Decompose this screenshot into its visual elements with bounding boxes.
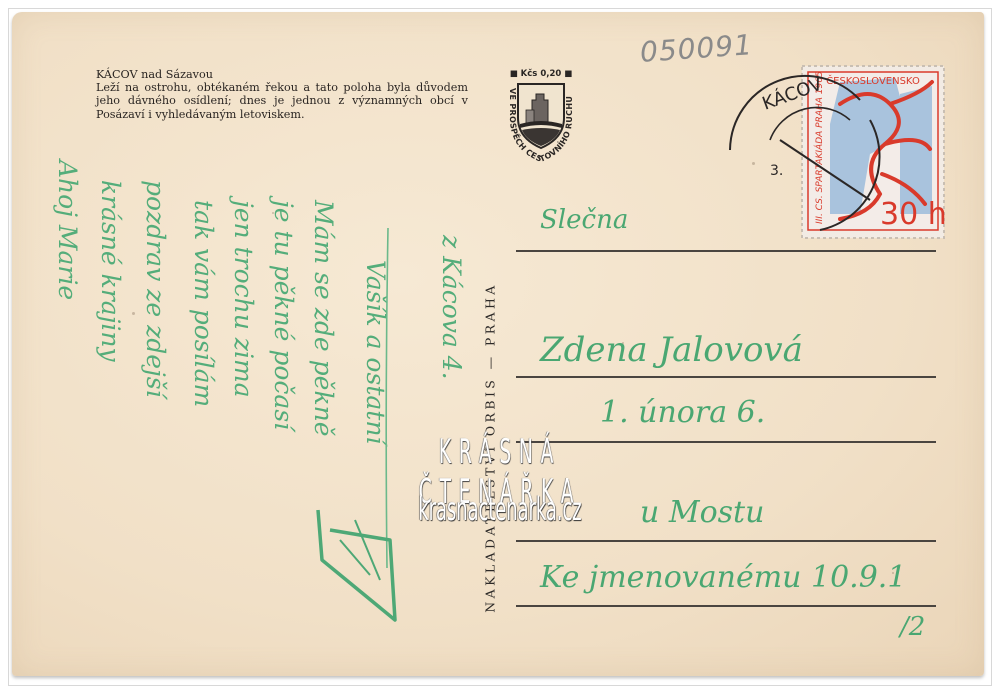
message-line: je tu pěkné počasí bbox=[269, 200, 298, 430]
address-city: u Mostu bbox=[640, 495, 764, 530]
message-line: pozdrav ze zdejší bbox=[141, 180, 170, 398]
message-line: tak vám posílám bbox=[189, 200, 218, 407]
message-line: Ahoj Marie bbox=[53, 160, 82, 300]
address-line bbox=[516, 250, 936, 252]
watermark-url: krasnactenarka.cz bbox=[395, 490, 606, 528]
message-line: Mám se zde pěkně bbox=[309, 200, 338, 437]
address-salutation: Slečna bbox=[540, 205, 628, 235]
description-title: KÁCOV nad Sázavou bbox=[96, 68, 468, 81]
svg-text:3.: 3. bbox=[770, 163, 783, 179]
svg-text:■ Kčs 0,20 ■: ■ Kčs 0,20 ■ bbox=[510, 68, 573, 79]
address-note: Ke jmenovanému 10.9.1 bbox=[540, 560, 906, 595]
address-line bbox=[516, 605, 936, 607]
address-name: Zdena Jalovová bbox=[540, 330, 803, 370]
address-line bbox=[516, 540, 936, 542]
address-line bbox=[516, 376, 936, 378]
castle-shield-icon: ■ Kčs 0,20 ■ VE PROSPĚCH CESTOVNÍHO RUCH… bbox=[496, 66, 586, 166]
place-description: KÁCOV nad Sázavou Leží na ostrohu, obték… bbox=[96, 68, 468, 121]
description-body: Leží na ostrohu, obtékaném řekou a tato … bbox=[96, 81, 468, 120]
message-line: jen trochu zima bbox=[229, 200, 258, 398]
postmark: 3. KÁCOV bbox=[710, 60, 900, 240]
corner-note: /2 bbox=[900, 612, 925, 642]
message-line: krásné krajiny bbox=[96, 180, 125, 362]
svg-text:KÁCOV: KÁCOV bbox=[759, 73, 826, 115]
message-side-note: z Kácova 4. bbox=[437, 235, 466, 380]
address-street: 1. února 6. bbox=[600, 395, 765, 430]
